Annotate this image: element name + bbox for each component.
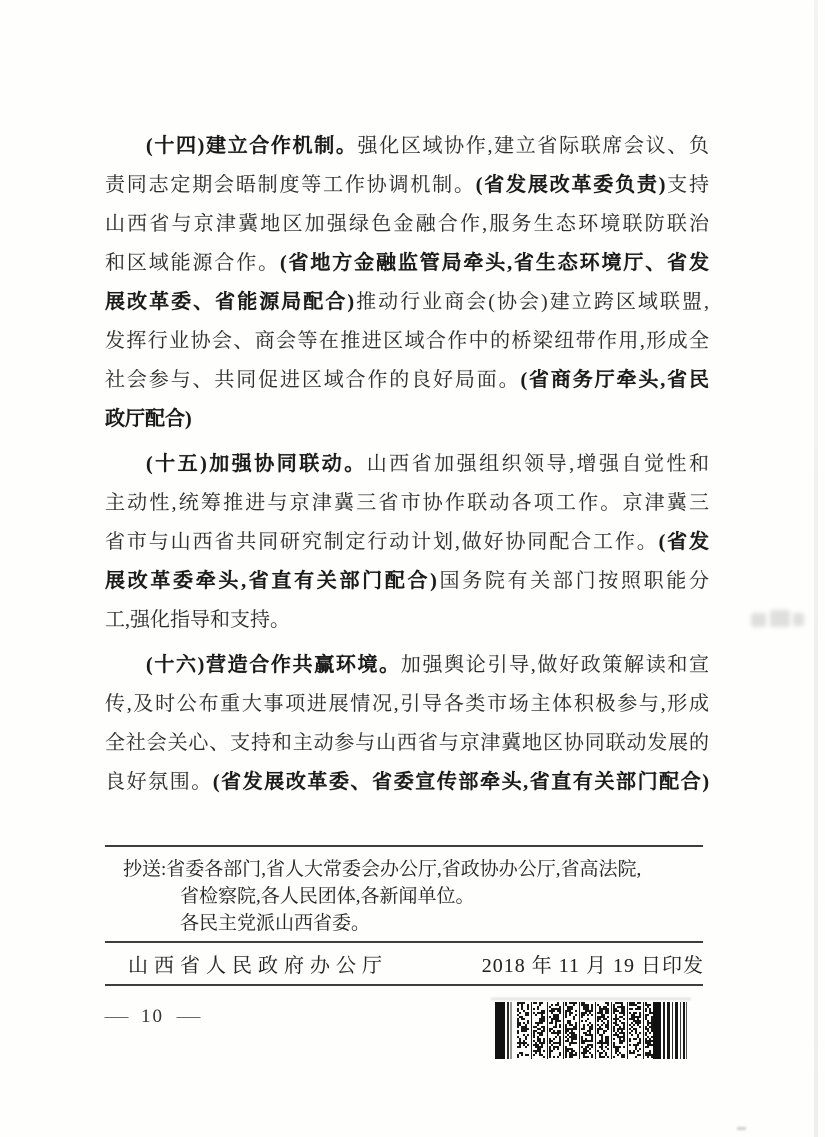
text-segment: 省市与山西省共同研究制定行动计划,做好协同配合工作。: [105, 531, 659, 553]
bold-text-segment: (十六)营造合作共赢环境。: [146, 654, 401, 676]
separator-line-middle: [105, 941, 703, 943]
text-line: 良好氛围。(省发展改革委、省委宣传部牵头,省直有关部门配合): [105, 763, 709, 802]
text-line: 省市与山西省共同研究制定行动计划,做好协同配合工作。(省发: [105, 523, 709, 562]
bold-text-segment: (省发: [659, 531, 709, 553]
text-line: 主动性,统筹推进与京津冀三省市协作联动各项工作。京津冀三: [105, 484, 709, 523]
paragraph: (十五)加强协同联动。山西省加强组织领导,增强自觉性和主动性,统筹推进与京津冀三…: [105, 445, 709, 640]
text-line: 展改革委、省能源局配合)推动行业商会(协会)建立跨区域联盟,: [105, 283, 709, 322]
text-segment: 山西省加强组织领导,增强自觉性和: [367, 453, 709, 475]
text-segment: 主动性,统筹推进与京津冀三省市协作联动各项工作。京津冀三: [105, 492, 709, 514]
text-line: 和区域能源合作。(省地方金融监管局牵头,省生态环境厅、省发: [105, 244, 709, 283]
scan-speck: [737, 1127, 746, 1130]
text-segment: 推动行业商会(协会)建立跨区域联盟,: [354, 291, 709, 313]
separator-line-top: [105, 845, 703, 847]
text-segment: 和区域能源合作。: [105, 252, 280, 274]
page-number: — 10 —: [107, 1003, 198, 1031]
barcode: [495, 1002, 688, 1059]
ink-bleed-artifact: [770, 610, 790, 627]
bold-text-segment: (省商务厅牵头,省民: [521, 369, 709, 391]
text-segment: 工,强化指导和支持。: [105, 609, 290, 631]
page-number-dash-right: —: [177, 1006, 201, 1028]
text-line: 山西省与京津冀地区加强绿色金融合作,服务生态环境联防联治: [105, 205, 709, 244]
bold-text-segment: (省地方金融监管局牵头,省生态环境厅、省发: [280, 252, 709, 274]
bold-text-segment: (省发展改革委负责): [476, 174, 666, 196]
text-segment: 传,及时公布重大事项进展情况,引导各类市场主体积极参与,形成: [105, 693, 709, 715]
text-line: 发挥行业协会、商会等在推进区域合作中的桥梁纽带作用,形成全: [105, 322, 709, 361]
text-line: 展改革委牵头,省直有关部门配合)国务院有关部门按照职能分: [105, 562, 709, 601]
text-line: 政厅配合): [105, 400, 709, 439]
print-date: 2018 年 11 月 19 日印发: [482, 949, 704, 978]
cc-label: 抄送:: [123, 859, 166, 880]
page-number-value: 10: [141, 1006, 164, 1028]
text-line: (十五)加强协同联动。山西省加强组织领导,增强自觉性和: [105, 445, 709, 484]
scanned-document-page: (十四)建立合作机制。强化区域协作,建立省际联席会议、负责同志定期会晤制度等工作…: [0, 0, 825, 1137]
text-segment: 国务院有关部门按照职能分: [437, 570, 709, 592]
bold-text-segment: 展改革委、省能源局配合): [105, 291, 354, 313]
paragraph: (十六)营造合作共赢环境。加强舆论引导,做好政策解读和宣传,及时公布重大事项进展…: [105, 646, 709, 802]
bold-text-segment: (十四)建立合作机制。: [146, 135, 358, 157]
text-line: 责同志定期会晤制度等工作协调机制。(省发展改革委负责)支持: [105, 166, 709, 205]
text-segment: 发挥行业协会、商会等在推进区域合作中的桥梁纽带作用,形成全: [105, 330, 709, 352]
text-line: (十六)营造合作共赢环境。加强舆论引导,做好政策解读和宣: [105, 646, 709, 685]
cc-line: 抄送:省委各部门,省人大常委会办公厅,省政协办公厅,省高法院,: [123, 856, 707, 883]
scan-smear: [491, 998, 691, 1000]
cc-line: 各民主党派山西省委。: [123, 910, 707, 937]
bold-text-segment: (省发展改革委、省委宣传部牵头,省直有关部门配合): [213, 771, 709, 793]
ink-bleed-artifact: [751, 613, 766, 627]
separator-line-bottom: [105, 984, 703, 986]
colophon-row: 山西省人民政府办公厅 2018 年 11 月 19 日印发: [128, 947, 704, 979]
bold-text-segment: 政厅配合): [105, 408, 192, 430]
paragraph: (十四)建立合作机制。强化区域协作,建立省际联席会议、负责同志定期会晤制度等工作…: [105, 127, 709, 439]
text-segment: 山西省与京津冀地区加强绿色金融合作,服务生态环境联防联治: [105, 213, 709, 235]
text-line: 社会参与、共同促进区域合作的良好局面。(省商务厅牵头,省民: [105, 361, 709, 400]
issuing-office: 山西省人民政府办公厅: [128, 949, 388, 978]
ink-bleed-artifact: [793, 613, 804, 626]
cc-block: 抄送:省委各部门,省人大常委会办公厅,省政协办公厅,省高法院,省检察院,各人民团…: [123, 856, 707, 937]
bold-text-segment: (十五)加强协同联动。: [146, 453, 367, 475]
text-segment: 责同志定期会晤制度等工作协调机制。: [105, 174, 476, 196]
text-line: 全社会关心、支持和主动参与山西省与京津冀地区协同联动发展的: [105, 724, 709, 763]
text-segment: 强化区域协作,建立省际联席会议、负: [358, 135, 709, 157]
scan-edge-shadow: [814, 0, 818, 1137]
text-segment: 良好氛围。: [105, 771, 213, 793]
text-segment: 社会参与、共同促进区域合作的良好局面。: [105, 369, 521, 391]
text-segment: 支持: [665, 174, 709, 196]
bold-text-segment: 展改革委牵头,省直有关部门配合): [105, 570, 437, 592]
text-line: (十四)建立合作机制。强化区域协作,建立省际联席会议、负: [105, 127, 709, 166]
text-line: 工,强化指导和支持。: [105, 601, 709, 640]
document-body: (十四)建立合作机制。强化区域协作,建立省际联席会议、负责同志定期会晤制度等工作…: [105, 127, 709, 802]
text-segment: 加强舆论引导,做好政策解读和宣: [401, 654, 709, 676]
cc-line: 省检察院,各人民团体,各新闻单位。: [123, 883, 707, 910]
text-line: 传,及时公布重大事项进展情况,引导各类市场主体积极参与,形成: [105, 685, 709, 724]
page-number-dash-left: —: [105, 1006, 129, 1028]
text-segment: 全社会关心、支持和主动参与山西省与京津冀地区协同联动发展的: [105, 732, 709, 754]
